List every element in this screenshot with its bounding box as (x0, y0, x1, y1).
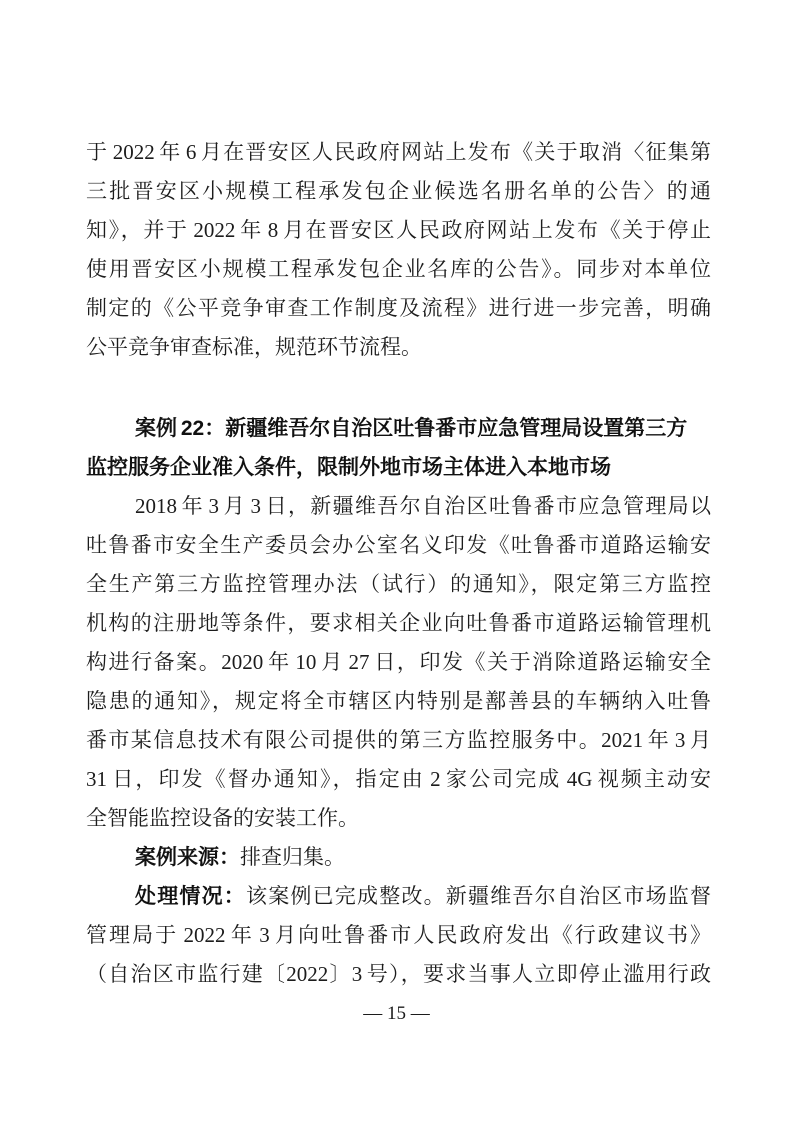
body-text-line: 隐患的通知》，规定将全市辖区内特别是鄯善县的车辆纳入吐鲁 (86, 682, 711, 721)
case-source-text: 排查归集。 (240, 845, 345, 869)
body-text-line: 三批晋安区小规模工程承发包企业候选名册名单的公告〉的通 (86, 172, 711, 211)
body-text-line: 公平竞争审查标准，规范环节流程。 (86, 328, 711, 367)
handling-status-line: 处理情况：该案例已完成整改。新疆维吾尔自治区市场监督 (86, 877, 711, 916)
body-text-line: 使用晋安区小规模工程承发包企业名库的公告》。同步对本单位 (86, 250, 711, 289)
body-text-line: 全智能监控设备的安装工作。 (86, 799, 711, 838)
case-source-label: 案例来源： (135, 846, 240, 869)
handling-status-text: 该案例已完成整改。新疆维吾尔自治区市场监督 (246, 884, 711, 908)
page-number: — 15 — (0, 994, 793, 1033)
body-text-line: 于 2022 年 6 月在晋安区人民政府网站上发布《关于取消〈征集第 (86, 133, 711, 172)
case-source-line: 案例来源：排查归集。 (86, 838, 711, 877)
handling-status-label: 处理情况： (135, 885, 246, 908)
body-text-line: 知》，并于 2022 年 8 月在晋安区人民政府网站上发布《关于停止 (86, 211, 711, 250)
body-text-line: 2018 年 3 月 3 日，新疆维吾尔自治区吐鲁番市应急管理局以 (86, 487, 711, 526)
case-heading-line: 案例 22：新疆维吾尔自治区吐鲁番市应急管理局设置第三方 (86, 409, 711, 448)
body-text-line: （自治区市监行建〔2022〕3 号），要求当事人立即停止滥用行政 (86, 955, 711, 994)
body-text-line: 番市某信息技术有限公司提供的第三方监控服务中。2021 年 3 月 (86, 721, 711, 760)
body-text-line: 管理局于 2022 年 3 月向吐鲁番市人民政府发出《行政建议书》 (86, 916, 711, 955)
body-text-line: 制定的《公平竞争审查工作制度及流程》进行进一步完善，明确 (86, 289, 711, 328)
document-page: 于 2022 年 6 月在晋安区人民政府网站上发布《关于取消〈征集第 三批晋安区… (0, 0, 793, 1122)
body-text-line: 构进行备案。2020 年 10 月 27 日，印发《关于消除道路运输安全 (86, 643, 711, 682)
body-text-line: 全生产第三方监控管理办法（试行）的通知》，限定第三方监控 (86, 565, 711, 604)
body-text-line: 机构的注册地等条件，要求相关企业向吐鲁番市道路运输管理机 (86, 604, 711, 643)
case-heading-line: 监控服务企业准入条件，限制外地市场主体进入本地市场 (86, 448, 711, 487)
text-block: 于 2022 年 6 月在晋安区人民政府网站上发布《关于取消〈征集第 三批晋安区… (86, 133, 711, 994)
body-text-line: 31 日，印发《督办通知》，指定由 2 家公司完成 4G 视频主动安 (86, 760, 711, 799)
body-text-line: 吐鲁番市安全生产委员会办公室名义印发《吐鲁番市道路运输安 (86, 526, 711, 565)
